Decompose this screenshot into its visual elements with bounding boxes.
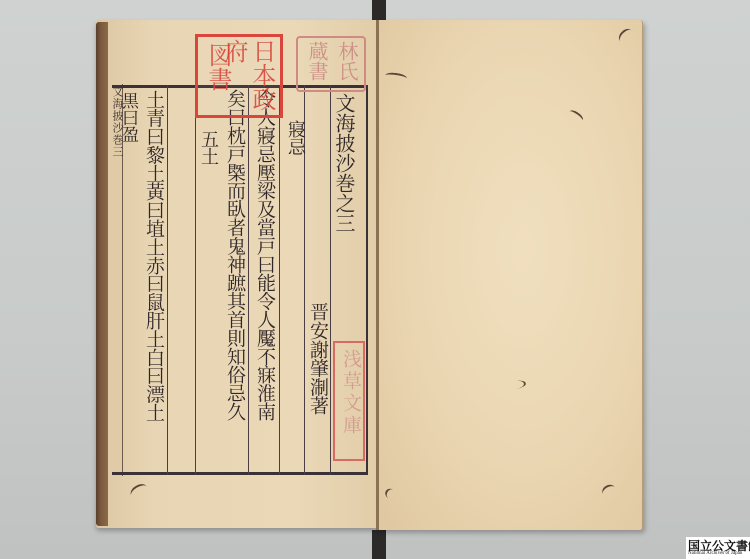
archive-watermark: 国立公文書館 National Archives of Japan	[686, 537, 750, 559]
right-page	[378, 20, 643, 530]
red-seal: 日本政府 図書	[195, 34, 283, 118]
body-column: 令人寢忌壓梁及當戸曰能令人魘不寐淮南	[253, 89, 277, 420]
body-column: 五土	[196, 130, 220, 166]
asakusa-bunko-seal: 浅草文庫	[333, 341, 365, 461]
section-heading: 寢忌	[283, 120, 307, 156]
seal-text: 林氏	[336, 41, 358, 81]
seal-text: 図書	[204, 43, 232, 91]
seal-text: 浅草文庫	[338, 349, 364, 437]
author-line: 晋安謝肇淛著	[306, 302, 330, 415]
spine-bottom	[372, 530, 386, 559]
column-rule	[279, 85, 280, 475]
body-column: 矣曰枕戸㮣而臥者鬼神蹠其首則知俗忌久	[223, 89, 247, 420]
seal-text: 蔵書	[306, 41, 328, 81]
pink-seal: 林氏 蔵書	[296, 36, 366, 92]
book-edge	[96, 22, 108, 526]
body-column: 黒曰盈	[116, 92, 140, 142]
column-rule	[330, 85, 331, 475]
spine-top	[372, 0, 386, 22]
body-column: 土青曰黎土黃曰埴土赤曰鼠肝土白曰漂土	[142, 90, 166, 421]
watermark-sub: National Archives of Japan	[688, 551, 742, 556]
volume-title: 文海披沙巻之三	[332, 93, 356, 233]
gutter	[376, 20, 379, 530]
column-rule	[167, 85, 168, 475]
column-rule	[248, 85, 249, 475]
